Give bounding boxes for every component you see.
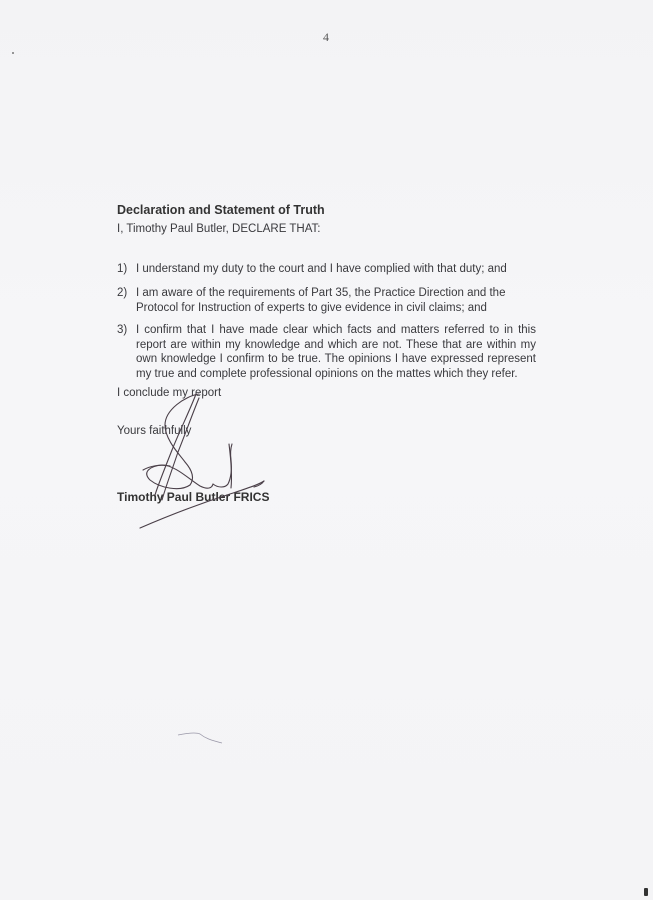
pen-mark-icon (0, 0, 653, 900)
document-page: 4 Declaration and Statement of Truth I, … (0, 0, 653, 900)
scan-edge-mark (644, 888, 648, 896)
